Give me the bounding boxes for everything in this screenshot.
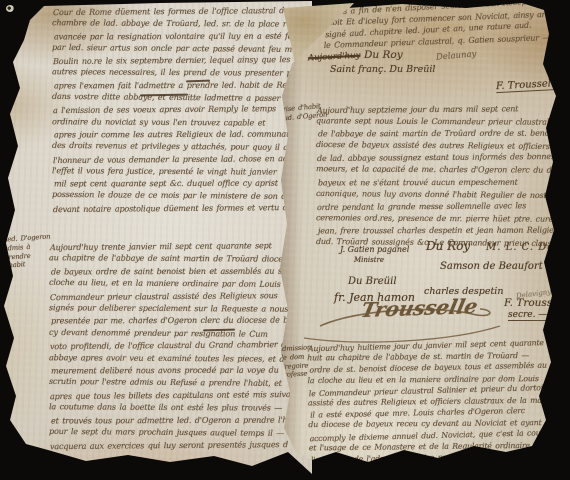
handwritten-line: la coutume dans la boette ils ont esté l…: [49, 400, 307, 414]
left-page: Cour de Rome düement les formes de l'off…: [0, 0, 312, 480]
handwritten-line: au chapitre de l'abbaye de saint martin …: [49, 252, 307, 266]
left-paragraph-2: Aujourd'huy trente janvier mil sept cent…: [49, 240, 307, 451]
signature-greffier-top: F. Troussel Gfier: [496, 77, 570, 93]
handwritten-line: devant notaire apostolique düement les f…: [53, 201, 307, 216]
left-paragraph-1: Cour de Rome düement les formes de l'off…: [52, 5, 306, 214]
signature-gatien: J. Gatien paganel: [340, 245, 409, 254]
signature-crossed-aujourdhuy: Aujourd'huy: [308, 51, 361, 64]
handwritten-line: chambre de lad. abbaye de Troüard, led. …: [52, 17, 306, 31]
signature-greffier-main: F. Troussel: [504, 297, 562, 309]
signature-beaufort: Samson de Beaufort: [440, 261, 543, 272]
margin-note-admis-habit: Led. D'ogeronadmis àprendrel'habit: [3, 232, 53, 270]
right-paragraph-3: Aujourd'huy huitieme jour du janvier mil…: [307, 338, 561, 466]
handwritten-line: ordinaire du noviciat sy vous l'en trouv…: [52, 115, 306, 129]
signature-deprom: M. L. C. Deprom: [486, 242, 570, 253]
signature-du-breuil-top: Saint franç. Du Breüil: [330, 64, 435, 75]
right-page: ff. p. 3 temps a fin de n'en disposer se…: [278, 0, 570, 480]
signature-du-roy-top: Du Roy: [364, 49, 403, 61]
handwritten-line: vacquera aux exercices qui luy seront pr…: [50, 437, 308, 452]
manuscript-scan: Cour de Rome düement les formes de l'off…: [0, 0, 570, 480]
handwritten-line: autres pieces necessaires, il les prend …: [52, 66, 306, 80]
signature-gatien-title: Ministre: [354, 256, 384, 264]
signature-du-roy-main: Du Roy: [426, 239, 470, 253]
signature-du-breuil-main: Du Breüil: [348, 276, 397, 287]
right-paragraph-2: Aujourd'huy septzieme jour du mars mil s…: [316, 104, 556, 249]
handwritten-line: ceremonies ord.res, presence de mr. pier…: [316, 212, 556, 226]
signature-delaunay: Delaunay: [436, 49, 477, 62]
handwritten-line: bayeux et ne s'étant trouvé aucun empesc…: [318, 176, 558, 189]
paper-speck: [6, 5, 14, 12]
handwritten-line: moeurs, et la capacité de me. charles d'…: [316, 164, 556, 178]
handwritten-line: l'habit: [5, 259, 53, 271]
signature-trousselle-large: Trousselle: [359, 294, 480, 322]
signature-greffier-title: secre. —: [508, 310, 547, 321]
right-paragraph-1: temps a fin de n'en disposer seulement a…: [322, 0, 552, 52]
